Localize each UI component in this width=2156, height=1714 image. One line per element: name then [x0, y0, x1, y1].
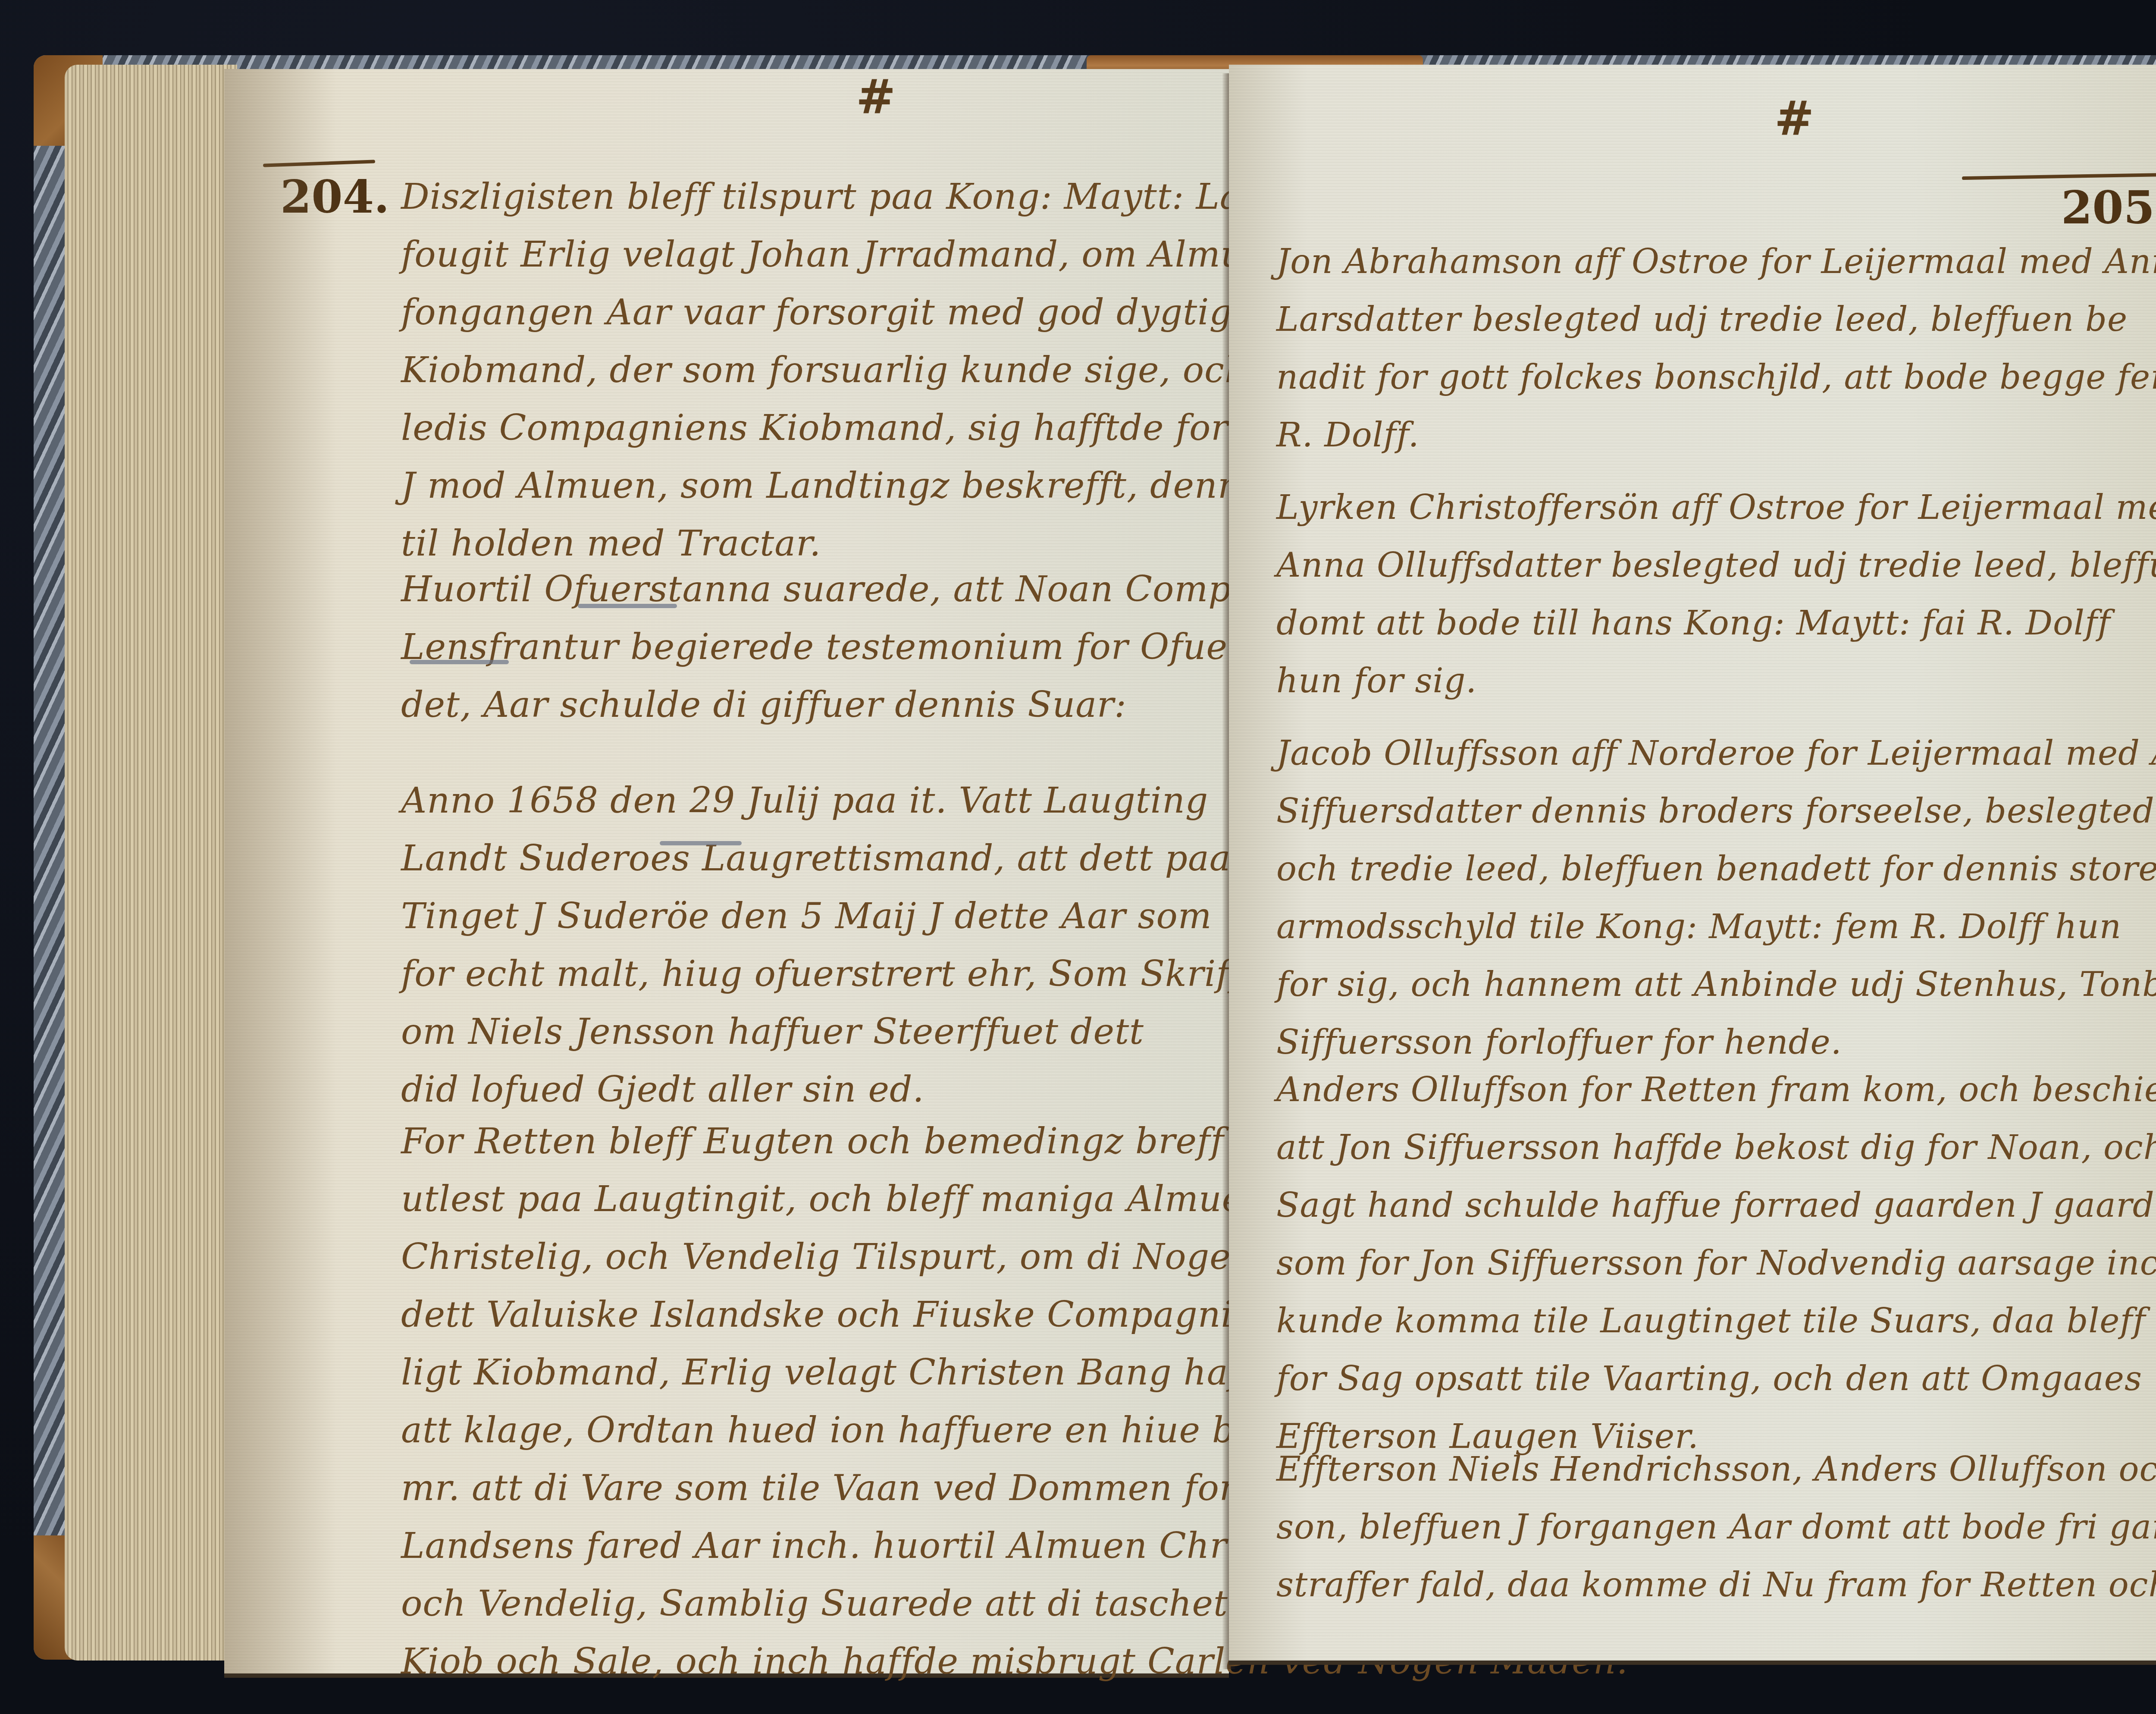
text-line: Lensfrantur begierede testemonium for Of…	[401, 618, 1346, 676]
text-line: fongangen Aar vaar forsorgit med god dyg…	[401, 284, 1344, 342]
right-paragraph-5: Effterson Niels Hendrichsson, Anders Oll…	[1276, 1441, 2156, 1614]
right-paragraph-3: Jacob Olluffsson aff Norderoe for Leijer…	[1276, 725, 2156, 1071]
text-line: nadit for gott folckes bonschjld, att bo…	[1276, 348, 2156, 406]
right-paragraph-2: Lyrken Christoffersön aff Ostroe for Lei…	[1276, 479, 2156, 710]
text-line: Effterson Niels Hendrichsson, Anders Oll…	[1276, 1441, 2156, 1498]
text-line: for Sag opsatt tile Vaarting, och den at…	[1276, 1350, 2156, 1408]
folio-number-left: 204.	[280, 170, 389, 223]
text-line: Sagt hand schulde haffue forraed gaarden…	[1276, 1177, 2156, 1234]
underline-mark	[410, 660, 509, 664]
text-line: Anders Olluffson for Retten fram kom, oc…	[1276, 1061, 2156, 1119]
text-line: det, Aar schulde di giffuer dennis Suar:	[401, 676, 1346, 734]
text-line: Siffuersdatter dennis broders forseelse,…	[1276, 782, 2156, 840]
text-line: Jacob Olluffsson aff Norderoe for Leijer…	[1276, 725, 2156, 782]
header-mark-right: #	[1774, 91, 1814, 146]
underline-mark	[660, 841, 742, 845]
text-line: Jon Abrahamson aff Ostroe for Leijermaal…	[1276, 233, 2156, 291]
text-line: ledis Compagniens Kiobmand, sig hafftde …	[401, 399, 1344, 457]
right-paragraph-1: Jon Abrahamson aff Ostroe for Leijermaal…	[1276, 233, 2156, 464]
underline-mark	[578, 604, 677, 608]
left-paragraph-3: Anno 1658 den 29 Julij paa it. Vatt Laug…	[401, 772, 1305, 1119]
text-line: fougit Erlig velagt Johan Jrradmand, om …	[401, 226, 1344, 284]
text-line: som for Jon Siffuersson for Nodvendig aa…	[1276, 1234, 2156, 1292]
text-line: Tinget J Suderöe den 5 Maij J dette Aar …	[401, 888, 1305, 945]
text-line: Larsdatter beslegted udj tredie leed, bl…	[1276, 291, 2156, 348]
left-paragraph-1: Diszligisten bleff tilspurt paa Kong: Ma…	[401, 168, 1344, 573]
page-block-edge-left	[65, 65, 237, 1661]
text-line: domt att bode till hans Kong: Maytt: fai…	[1276, 594, 2156, 652]
text-line: Diszligisten bleff tilspurt paa Kong: Ma…	[401, 168, 1344, 226]
text-line: for echt malt, hiug ofuerstrert ehr, Som…	[401, 945, 1305, 1003]
text-line: kunde komma tile Laugtinget tile Suars, …	[1276, 1292, 2156, 1350]
text-line: Lyrken Christoffersön aff Ostroe for Lei…	[1276, 479, 2156, 537]
text-line: armodsschyld tile Kong: Maytt: fem R. Do…	[1276, 898, 2156, 956]
text-line: Anna Olluffsdatter beslegted udj tredie …	[1276, 537, 2156, 594]
text-line: R. Dolff.	[1276, 406, 2156, 464]
folio-number-right: 205.	[2061, 181, 2156, 234]
header-mark-left: #	[856, 69, 896, 125]
text-line: did lofued Gjedt aller sin ed.	[401, 1061, 1305, 1119]
text-line: Landt Suderoes Laugrettismand, att dett …	[401, 830, 1305, 888]
text-line: Huortil Ofuerstanna suarede, att Noan Co…	[401, 561, 1346, 618]
folio-rule-right	[1962, 173, 2156, 180]
text-line: Anno 1658 den 29 Julij paa it. Vatt Laug…	[401, 772, 1305, 830]
left-paragraph-2: Huortil Ofuerstanna suarede, att Noan Co…	[401, 561, 1346, 734]
text-line: om Niels Jensson haffuer Steerffuet dett	[401, 1003, 1305, 1061]
text-line: hun for sig.	[1276, 652, 2156, 710]
folio-rule-left	[263, 160, 375, 167]
text-line: och tredie leed, bleffuen benadett for d…	[1276, 840, 2156, 898]
right-page: # 205. Jon Abrahamson aff Ostroe for Lei…	[1229, 65, 2156, 1665]
text-line: Kiobmand, der som forsuarlig kunde sige,…	[401, 342, 1344, 399]
right-paragraph-4: Anders Olluffson for Retten fram kom, oc…	[1276, 1061, 2156, 1466]
text-line: straffer fald, daa komme di Nu fram for …	[1276, 1556, 2156, 1614]
text-line: J mod Almuen, som Landtingz beskrefft, d…	[401, 457, 1344, 515]
text-line: for sig, och hannem att Anbinde udj Sten…	[1276, 956, 2156, 1014]
left-page: # 204. Diszligisten bleff tilspurt paa K…	[224, 69, 1229, 1678]
text-line: att Jon Siffuersson haffde bekost dig fo…	[1276, 1119, 2156, 1177]
text-line: son, bleffuen J forgangen Aar domt att b…	[1276, 1498, 2156, 1556]
